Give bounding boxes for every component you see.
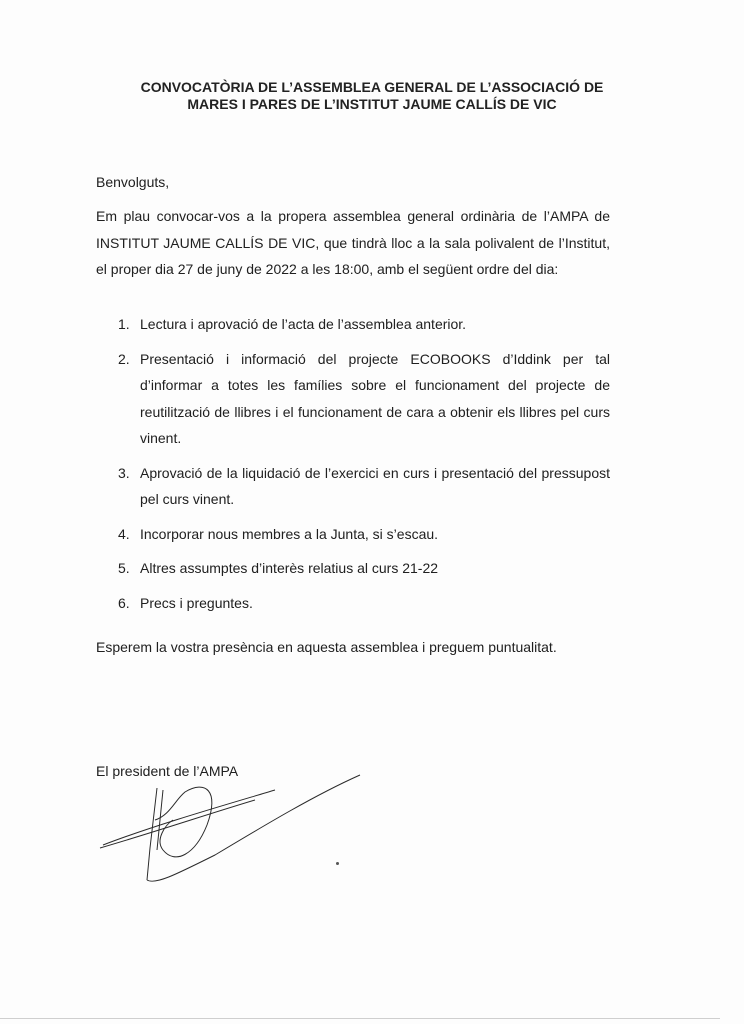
agenda-number: 2. <box>118 346 130 373</box>
agenda-number: 5. <box>118 555 130 582</box>
agenda-item: 1.Lectura i aprovació de l’acta de l’ass… <box>118 311 610 338</box>
signature-icon <box>95 770 375 890</box>
agenda-text: Aprovació de la liquidació de l’exercici… <box>140 465 610 508</box>
agenda-item: 2.Presentació i informació del projecte … <box>118 346 610 452</box>
agenda-item: 3.Aprovació de la liquidació de l’exerci… <box>118 460 610 513</box>
closing-paragraph: Esperem la vostra presència en aquesta a… <box>96 639 610 655</box>
agenda-item: 4.Incorporar nous membres a la Junta, si… <box>118 521 610 548</box>
agenda-number: 4. <box>118 521 130 548</box>
page-edge-line <box>0 1018 720 1019</box>
document-title: CONVOCATÒRIA DE L’ASSEMBLEA GENERAL DE L… <box>80 79 664 113</box>
agenda-item: 5.Altres assumptes d’interès relatius al… <box>118 555 610 582</box>
agenda-item: 6.Precs i preguntes. <box>118 590 610 617</box>
agenda-text: Presentació i informació del projecte EC… <box>140 351 610 447</box>
intro-paragraph: Em plau convocar-vos a la propera assemb… <box>96 203 610 283</box>
agenda-number: 3. <box>118 460 130 487</box>
title-line-1: CONVOCATÒRIA DE L’ASSEMBLEA GENERAL DE L… <box>80 79 664 96</box>
agenda-text: Altres assumptes d’interès relatius al c… <box>140 560 438 576</box>
agenda-number: 1. <box>118 311 130 338</box>
agenda-text: Incorporar nous membres a la Junta, si s… <box>140 526 438 542</box>
document-page: CONVOCATÒRIA DE L’ASSEMBLEA GENERAL DE L… <box>0 0 744 1024</box>
agenda-text: Lectura i aprovació de l’acta de l’assem… <box>140 316 466 332</box>
greeting: Benvolguts, <box>96 174 610 190</box>
agenda-text: Precs i preguntes. <box>140 595 253 611</box>
title-line-2: MARES I PARES DE L’INSTITUT JAUME CALLÍS… <box>80 96 664 113</box>
agenda-list: 1.Lectura i aprovació de l’acta de l’ass… <box>118 311 610 624</box>
agenda-number: 6. <box>118 590 130 617</box>
scan-speck <box>336 862 339 865</box>
